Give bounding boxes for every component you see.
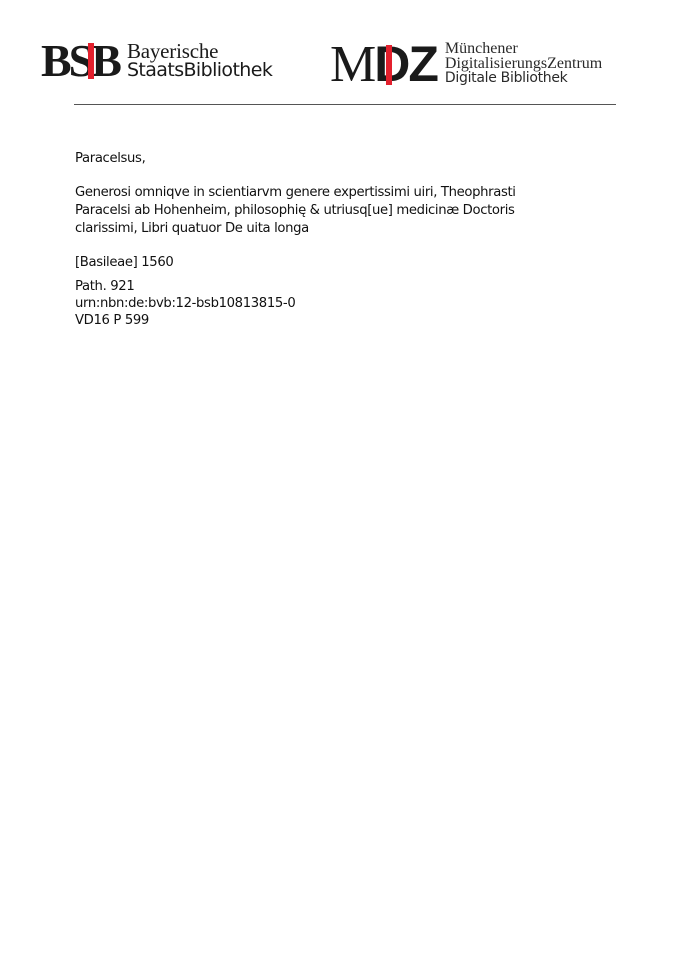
mdz-logo-dz: DZ <box>374 36 437 92</box>
header-divider <box>74 104 616 105</box>
record-title-line: Generosi omniqve in scientiarvm genere e… <box>75 184 575 202</box>
record-author: Paracelsus, <box>75 150 575 168</box>
bsb-logo-text: Bayerische StaatsBibliothek <box>127 42 272 80</box>
bsb-logo-mark: BSB <box>41 42 119 80</box>
record-shelfmark: Path. 921 <box>75 278 575 295</box>
mdz-logo-line2: DigitalisierungsZentrum <box>445 56 602 71</box>
mdz-logo-text: Münchener DigitalisierungsZentrum Digita… <box>445 41 602 86</box>
mdz-logo-m: M <box>330 36 374 93</box>
mdz-logo-line1: Münchener <box>445 41 602 56</box>
bsb-red-bar <box>88 43 94 79</box>
record-identifiers: Path. 921 urn:nbn:de:bvb:12-bsb10813815-… <box>75 278 575 329</box>
record-urn: urn:nbn:de:bvb:12-bsb10813815-0 <box>75 295 575 312</box>
bsb-logo-line2: StaatsBibliothek <box>127 61 272 80</box>
bsb-logo: BSB Bayerische StaatsBibliothek <box>41 41 272 81</box>
record-imprint: [Basileae] 1560 <box>75 254 575 272</box>
record-title-line: clarissimi, Libri quatuor De uita longa <box>75 220 575 238</box>
bsb-logo-letters: BSB <box>41 35 119 86</box>
record-content: Paracelsus, Generosi omniqve in scientia… <box>75 150 575 329</box>
mdz-logo: MDZ Münchener DigitalisierungsZentrum Di… <box>330 41 602 86</box>
mdz-logo-mark: MDZ <box>330 43 437 85</box>
record-title: Generosi omniqve in scientiarvm genere e… <box>75 184 575 238</box>
mdz-logo-line3: Digitale Bibliothek <box>445 71 602 86</box>
mdz-red-bar <box>386 45 392 85</box>
record-vd16: VD16 P 599 <box>75 312 575 329</box>
record-title-line: Paracelsi ab Hohenheim, philosophię & ut… <box>75 202 575 220</box>
